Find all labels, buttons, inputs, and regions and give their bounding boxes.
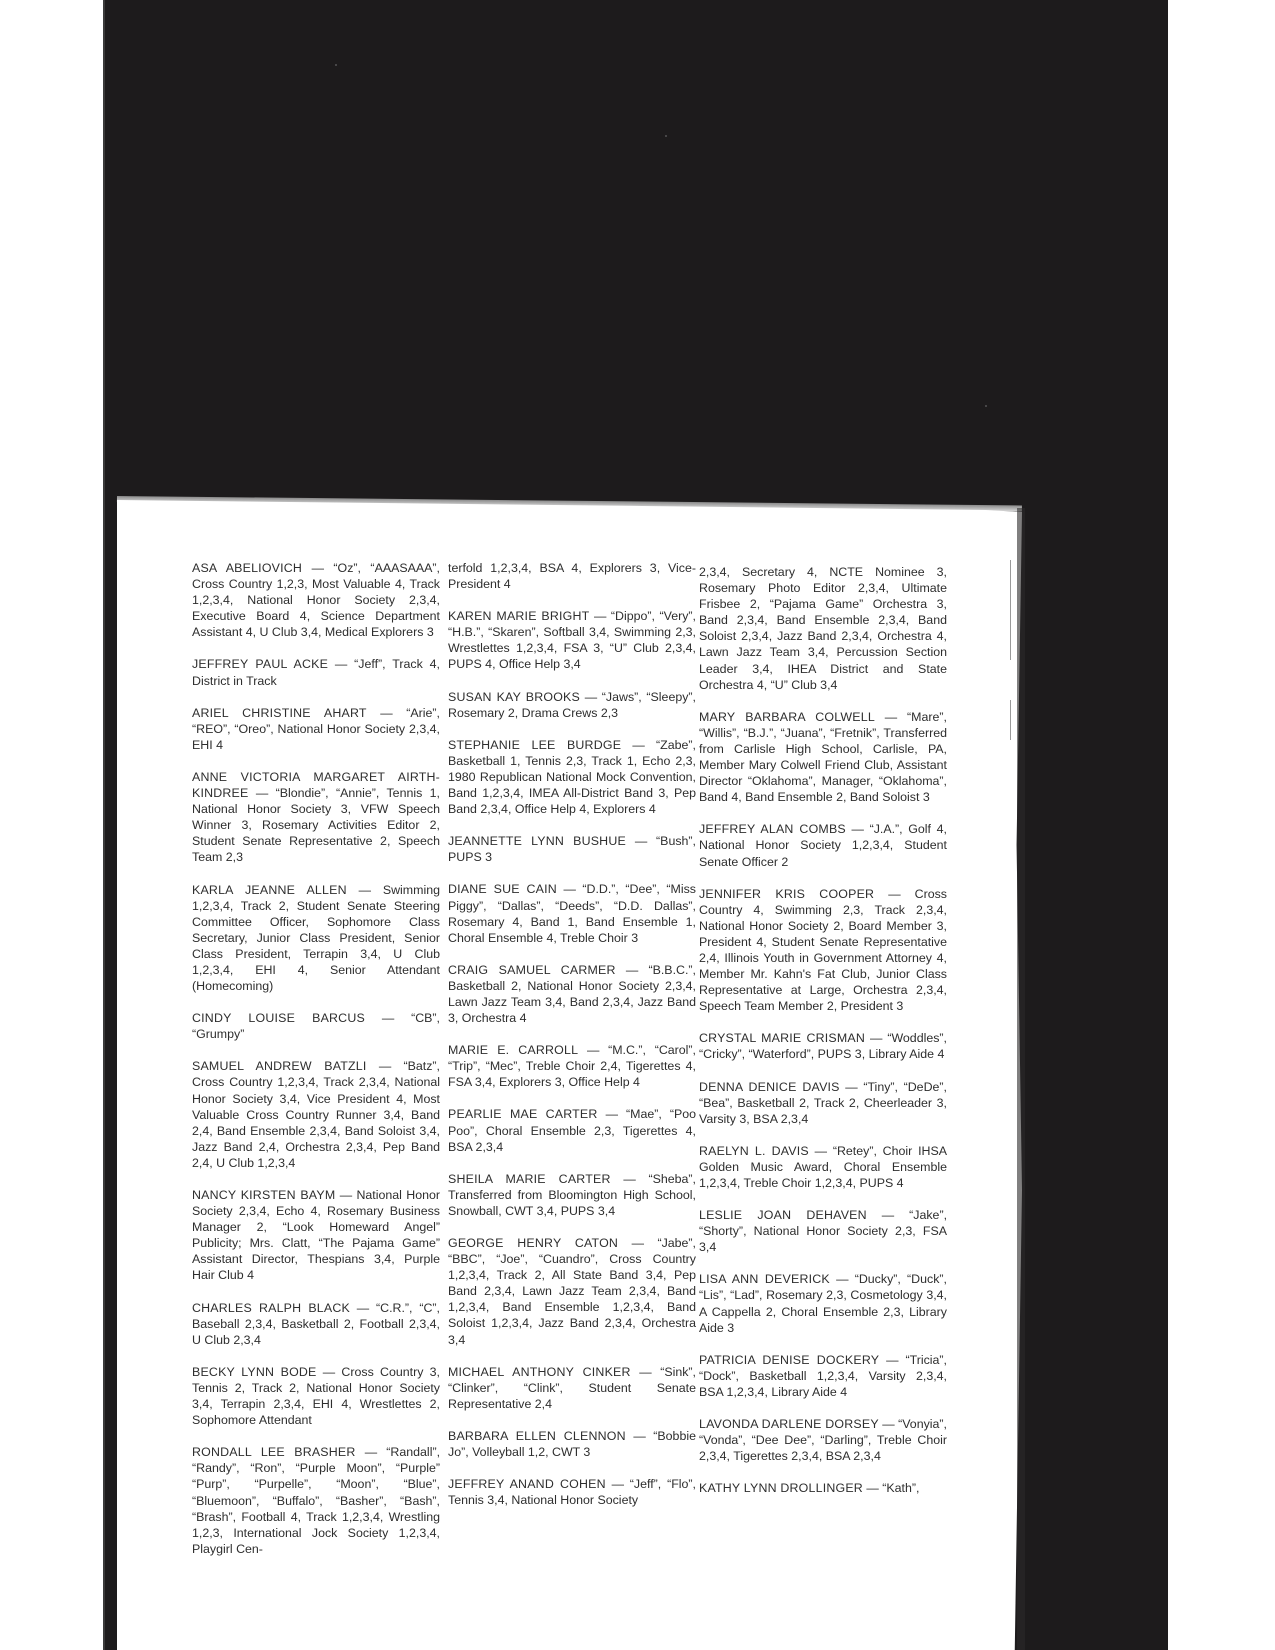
student-name: SAMUEL ANDREW BATZLI: [192, 1059, 367, 1073]
student-name: BECKY LYNN BODE: [192, 1365, 317, 1379]
student-activities: — “Jabe”, “BBC”, “Joe”, “Cuandro”, Cross…: [448, 1236, 696, 1347]
student-name: JEFFREY PAUL ACKE: [192, 657, 328, 671]
student-activities: — “Batz”, Cross Country 1,2,3,4, Track 2…: [192, 1059, 440, 1170]
senior-entry: LISA ANN DEVERICK — “Ducky”, “Duck”, “Li…: [699, 1271, 947, 1335]
senior-entry: BARBARA ELLEN CLENNON — “Bobbie Jo”, Vol…: [448, 1428, 696, 1460]
senior-entry: MARY BARBARA COLWELL — “Mare”, “Willis”,…: [699, 709, 947, 806]
student-activities: terfold 1,2,3,4, BSA 4, Explorers 3, Vic…: [448, 561, 696, 591]
senior-entry: DIANE SUE CAIN — “D.D.”, “Dee”, “Miss Pi…: [448, 881, 696, 945]
student-activities: 2,3,4, Secretary 4, NCTE Nominee 3, Rose…: [699, 565, 947, 692]
student-name: JEANNETTE LYNN BUSHUE: [448, 834, 626, 848]
senior-entry: PATRICIA DENISE DOCKERY — “Tricia”, “Doc…: [699, 1352, 947, 1400]
senior-entry: JEFFREY ALAN COMBS — “J.A.”, Golf 4, Nat…: [699, 821, 947, 869]
senior-entry: SUSAN KAY BROOKS — “Jaws”, “Sleepy”, Ros…: [448, 689, 696, 721]
senior-entry: GEORGE HENRY CATON — “Jabe”, “BBC”, “Joe…: [448, 1235, 696, 1348]
dust-speck: [335, 64, 337, 66]
senior-entry: DENNA DENICE DAVIS — “Tiny”, “DeDe”, “Be…: [699, 1079, 947, 1127]
senior-entry: RONDALL LEE BRASHER — “Randall”, “Randy”…: [192, 1444, 440, 1557]
student-name: JEFFREY ANAND COHEN: [448, 1477, 606, 1491]
student-name: KARLA JEANNE ALLEN: [192, 883, 347, 897]
senior-entry: JENNIFER KRIS COOPER — Cross Country 4, …: [699, 886, 947, 1015]
dust-speck: [985, 405, 987, 407]
student-activities: — Swimming 1,2,3,4, Track 2, Student Sen…: [192, 883, 440, 994]
senior-entry: CHARLES RALPH BLACK — “C.R.”, “C”, Baseb…: [192, 1300, 440, 1348]
senior-entry: LESLIE JOAN DEHAVEN — “Jake”, “Shorty”, …: [699, 1207, 947, 1255]
student-name: CRAIG SAMUEL CARMER: [448, 963, 616, 977]
scan-artifact-line: [1010, 560, 1011, 660]
student-name: DENNA DENICE DAVIS: [699, 1080, 840, 1094]
senior-entry: STEPHANIE LEE BURDGE — “Zabe”, Basketbal…: [448, 737, 696, 817]
senior-entry: SAMUEL ANDREW BATZLI — “Batz”, Cross Cou…: [192, 1058, 440, 1171]
student-name: NANCY KIRSTEN BAYM: [192, 1188, 335, 1202]
student-name: JENNIFER KRIS COOPER: [699, 887, 874, 901]
student-name: CRYSTAL MARIE CRISMAN: [699, 1031, 865, 1045]
student-name: JEFFREY ALAN COMBS: [699, 822, 846, 836]
student-name: MARY BARBARA COLWELL: [699, 710, 875, 724]
student-name: KAREN MARIE BRIGHT: [448, 609, 589, 623]
senior-entry: ARIEL CHRISTINE AHART — “Arie”, “REO”, “…: [192, 705, 440, 753]
senior-entry: MARIE E. CARROLL — “M.C.”, “Carol”, “Tri…: [448, 1042, 696, 1090]
column-3: 2,3,4, Secretary 4, NCTE Nominee 3, Rose…: [699, 560, 947, 1512]
student-name: LAVONDA DARLENE DORSEY: [699, 1417, 879, 1431]
student-name: LESLIE JOAN DEHAVEN: [699, 1208, 867, 1222]
senior-entry: NANCY KIRSTEN BAYM — National Honor Soci…: [192, 1187, 440, 1284]
student-name: STEPHANIE LEE BURDGE: [448, 738, 621, 752]
senior-entry: PEARLIE MAE CARTER — “Mae”, “Poo Poo”, C…: [448, 1106, 696, 1154]
student-name: ARIEL CHRISTINE AHART: [192, 706, 367, 720]
senior-entry: MICHAEL ANTHONY CINKER — “Sink”, “Clinke…: [448, 1364, 696, 1412]
student-name: CINDY LOUISE BARCUS: [192, 1011, 365, 1025]
student-name: BARBARA ELLEN CLENNON: [448, 1429, 626, 1443]
senior-entry-continued: terfold 1,2,3,4, BSA 4, Explorers 3, Vic…: [448, 560, 696, 592]
student-name: RONDALL LEE BRASHER: [192, 1445, 356, 1459]
student-name: PATRICIA DENISE DOCKERY: [699, 1353, 879, 1367]
student-name: KATHY LYNN DROLLINGER: [699, 1481, 863, 1495]
scan-left-margin: [0, 0, 103, 1650]
senior-entry: ASA ABELIOVICH — “Oz”, “AAASAAA”, Cross …: [192, 560, 440, 640]
senior-entry: KARLA JEANNE ALLEN — Swimming 1,2,3,4, T…: [192, 882, 440, 995]
senior-entry: KATHY LYNN DROLLINGER — “Kath”,: [699, 1480, 947, 1496]
student-name: PEARLIE MAE CARTER: [448, 1107, 598, 1121]
student-name: MARIE E. CARROLL: [448, 1043, 578, 1057]
senior-entry: JEFFREY ANAND COHEN — “Jeff”, “Flo”, Ten…: [448, 1476, 696, 1508]
student-name: RAELYN L. DAVIS: [699, 1144, 809, 1158]
senior-entry-continued: 2,3,4, Secretary 4, NCTE Nominee 3, Rose…: [699, 564, 947, 693]
student-name: SUSAN KAY BROOKS: [448, 690, 580, 704]
student-activities: — National Honor Society 2,3,4, Echo 4, …: [192, 1188, 440, 1282]
senior-entry: JEANNETTE LYNN BUSHUE — “Bush”, PUPS 3: [448, 833, 696, 865]
student-activities: — Cross Country 4, Swimming 2,3, Track 2…: [699, 887, 947, 1014]
senior-entry: CINDY LOUISE BARCUS — “CB”, “Grumpy”: [192, 1010, 440, 1042]
senior-entry: CRYSTAL MARIE CRISMAN — “Woddles”, “Cric…: [699, 1030, 947, 1062]
senior-entry: CRAIG SAMUEL CARMER — “B.B.C.”, Basketba…: [448, 962, 696, 1026]
senior-entry: RAELYN L. DAVIS — “Retey”, Choir IHSA Go…: [699, 1143, 947, 1191]
senior-entry: KAREN MARIE BRIGHT — “Dippo”, “Very”, “H…: [448, 608, 696, 672]
scan-artifact-line: [1010, 700, 1011, 740]
senior-entry: BECKY LYNN BODE — Cross Country 3, Tenni…: [192, 1364, 440, 1428]
paper-right-edge-shadow: [1017, 508, 1025, 1650]
student-activities: — “Kath”,: [866, 1481, 919, 1495]
column-2: terfold 1,2,3,4, BSA 4, Explorers 3, Vic…: [448, 560, 696, 1524]
student-name: SHEILA MARIE CARTER: [448, 1172, 611, 1186]
senior-entry: ANNE VICTORIA MARGARET AIRTH-KINDREE — “…: [192, 769, 440, 866]
student-activities: — “Randall”, “Randy”, “Ron”, “Purple Moo…: [192, 1445, 440, 1556]
senior-entry: JEFFREY PAUL ACKE — “Jeff”, Track 4, Dis…: [192, 656, 440, 688]
column-1: ASA ABELIOVICH — “Oz”, “AAASAAA”, Cross …: [192, 560, 440, 1573]
student-name: LISA ANN DEVERICK: [699, 1272, 830, 1286]
student-name: MICHAEL ANTHONY CINKER: [448, 1365, 631, 1379]
student-name: DIANE SUE CAIN: [448, 882, 557, 896]
student-name: GEORGE HENRY CATON: [448, 1236, 618, 1250]
student-name: CHARLES RALPH BLACK: [192, 1301, 350, 1315]
dust-speck: [665, 135, 667, 137]
senior-entry: LAVONDA DARLENE DORSEY — “Vonyia”, “Vond…: [699, 1416, 947, 1464]
student-name: ASA ABELIOVICH: [192, 561, 302, 575]
senior-entry: SHEILA MARIE CARTER — “Sheba”, Transferr…: [448, 1171, 696, 1219]
scan-right-margin: [1168, 0, 1275, 1650]
